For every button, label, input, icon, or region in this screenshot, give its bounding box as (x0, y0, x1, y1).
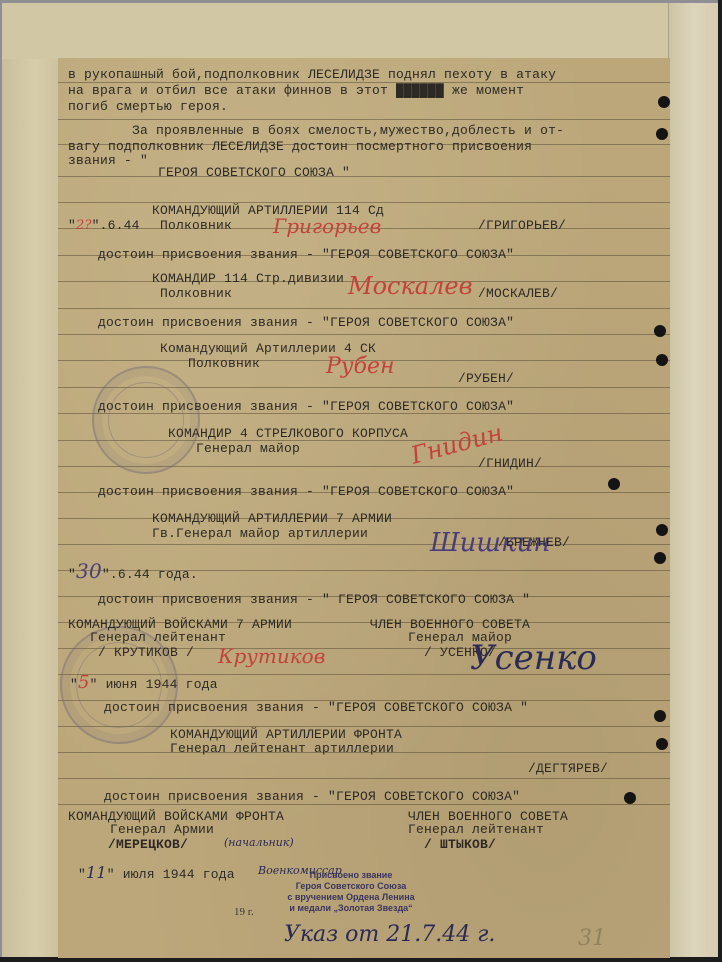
commander-rank: Генерал лейтенант (90, 631, 226, 645)
endorsement-verdict: достоин присвоения звания - "ГЕРОЯ СОВЕТ… (98, 316, 514, 330)
front-artillery-name: /ДЕГТЯРЕВ/ (528, 762, 608, 776)
right-binding-flap (668, 3, 719, 958)
ruled-line (58, 804, 670, 805)
punch-hole (656, 738, 668, 750)
endorser-name: /ГРИГОРЬЕВ/ (478, 219, 566, 233)
round-seal-stamp (92, 366, 200, 474)
document-sheet: в рукопашный бой,подполковник ЛЕСЕЛИДЗЕ … (58, 58, 670, 958)
narrative-line: погиб смертью героя. (68, 100, 228, 114)
punch-hole (656, 524, 668, 536)
army-command-date: "5" июня 1944 года (70, 676, 218, 692)
endorser-position: КОМАНДИР 4 СТРЕЛКОВОГО КОРПУСА (168, 427, 408, 441)
ruled-line (58, 176, 670, 177)
ruled-line (58, 778, 670, 779)
handwritten-signature: Крутиков (218, 644, 325, 668)
scan-frame-edge-right (718, 0, 722, 962)
handwritten-signature: Москалев (348, 272, 473, 300)
front-artillery-verdict: достоин присвоения звания - "ГЕРОЯ СОВЕТ… (104, 790, 520, 804)
form-date-line: 19 г. (234, 906, 254, 918)
handwritten-signature: Рубен (326, 354, 395, 379)
front-artillery-position: КОМАНДУЮЩИЙ АРТИЛЛЕРИИ ФРОНТА (170, 728, 402, 742)
front-artillery-rank: Генерал лейтенант артиллерии (170, 742, 394, 756)
handwritten-signature: Усенко (470, 638, 597, 678)
commander-name: / КРУТИКОВ / (98, 646, 194, 660)
conclusion-line: За проявленные в боях смелость,мужество,… (132, 124, 564, 138)
page-number: 31 (578, 926, 606, 951)
endorser-position: КОМАНДИР 114 Стр.дивизии (152, 272, 344, 286)
endorser-rank: Полковник (188, 357, 260, 371)
endorser-position: КОМАНДУЮЩИЙ АРТИЛЛЕРИИ 7 АРМИИ (152, 512, 392, 526)
endorser-rank: Полковник (160, 287, 232, 301)
award-conferred-stamp: Присвоено звание Героя Советского Союза … (286, 870, 416, 914)
army-command-verdict: достоин присвоения звания - "ГЕРОЯ СОВЕТ… (104, 701, 528, 715)
endorsement-verdict: достоин присвоения звания - "ГЕРОЯ СОВЕТ… (98, 400, 514, 414)
endorsement-verdict: достоин присвоения звания - "ГЕРОЯ СОВЕТ… (98, 485, 514, 499)
punch-hole (608, 478, 620, 490)
ruled-line (58, 308, 670, 309)
endorsement-date: "2?".6.44 (68, 219, 140, 233)
endorser-rank: Полковник (160, 219, 232, 233)
handwritten-annotation: (начальник) (224, 836, 294, 849)
left-margin-strip (2, 3, 58, 958)
narrative-line: на врага и отбил все атаки финнов в этот… (68, 84, 524, 98)
punch-hole (654, 325, 666, 337)
ruled-line (58, 544, 670, 545)
front-commander-rank: Генерал Армии (110, 823, 214, 837)
front-commander-name: /МЕРЕЦКОВ/ (108, 838, 188, 852)
handwritten-signature: Григорьев (273, 214, 381, 238)
punch-hole (656, 128, 668, 140)
front-council-rank: Генерал лейтенант (408, 823, 544, 837)
conclusion-line: вагу подполковник ЛЕСЕЛИДЗЕ достоин посм… (68, 140, 532, 154)
ruled-line (58, 119, 670, 120)
front-command-date: "11" июля 1944 года (78, 866, 235, 882)
punch-hole (624, 792, 636, 804)
ruled-line (58, 334, 670, 335)
endorsement-verdict: достоин присвоения звания - "ГЕРОЯ СОВЕТ… (98, 248, 514, 262)
punch-hole (658, 96, 670, 108)
endorsement-date: "30".6.44 года. (68, 564, 198, 582)
endorser-name: /РУБЕН/ (458, 372, 514, 386)
narrative-line: в рукопашный бой,подполковник ЛЕСЕЛИДЗЕ … (68, 68, 556, 82)
award-title-line: ГЕРОЯ СОВЕТСКОГО СОЮЗА " (158, 166, 350, 180)
top-paper-strip (2, 3, 672, 59)
punch-hole (654, 552, 666, 564)
conclusion-line: звания - " (68, 154, 148, 168)
punch-hole (656, 354, 668, 366)
punch-hole (654, 710, 666, 722)
endorser-name: /ГНИДИН/ (478, 457, 542, 471)
endorser-rank: Гв.Генерал майор артиллерии (152, 527, 368, 541)
decree-note: Указ от 21.7.44 г. (284, 922, 495, 947)
endorser-rank: Генерал майор (196, 442, 300, 456)
front-council-name: / ШТЫКОВ/ (424, 838, 496, 852)
endorser-name: /МОСКАЛЕВ/ (478, 287, 558, 301)
endorsement-verdict: достоин присвоения звания - " ГЕРОЯ СОВЕ… (98, 593, 530, 607)
endorser-name: /БРЕЖНЕВ/ (498, 536, 570, 550)
